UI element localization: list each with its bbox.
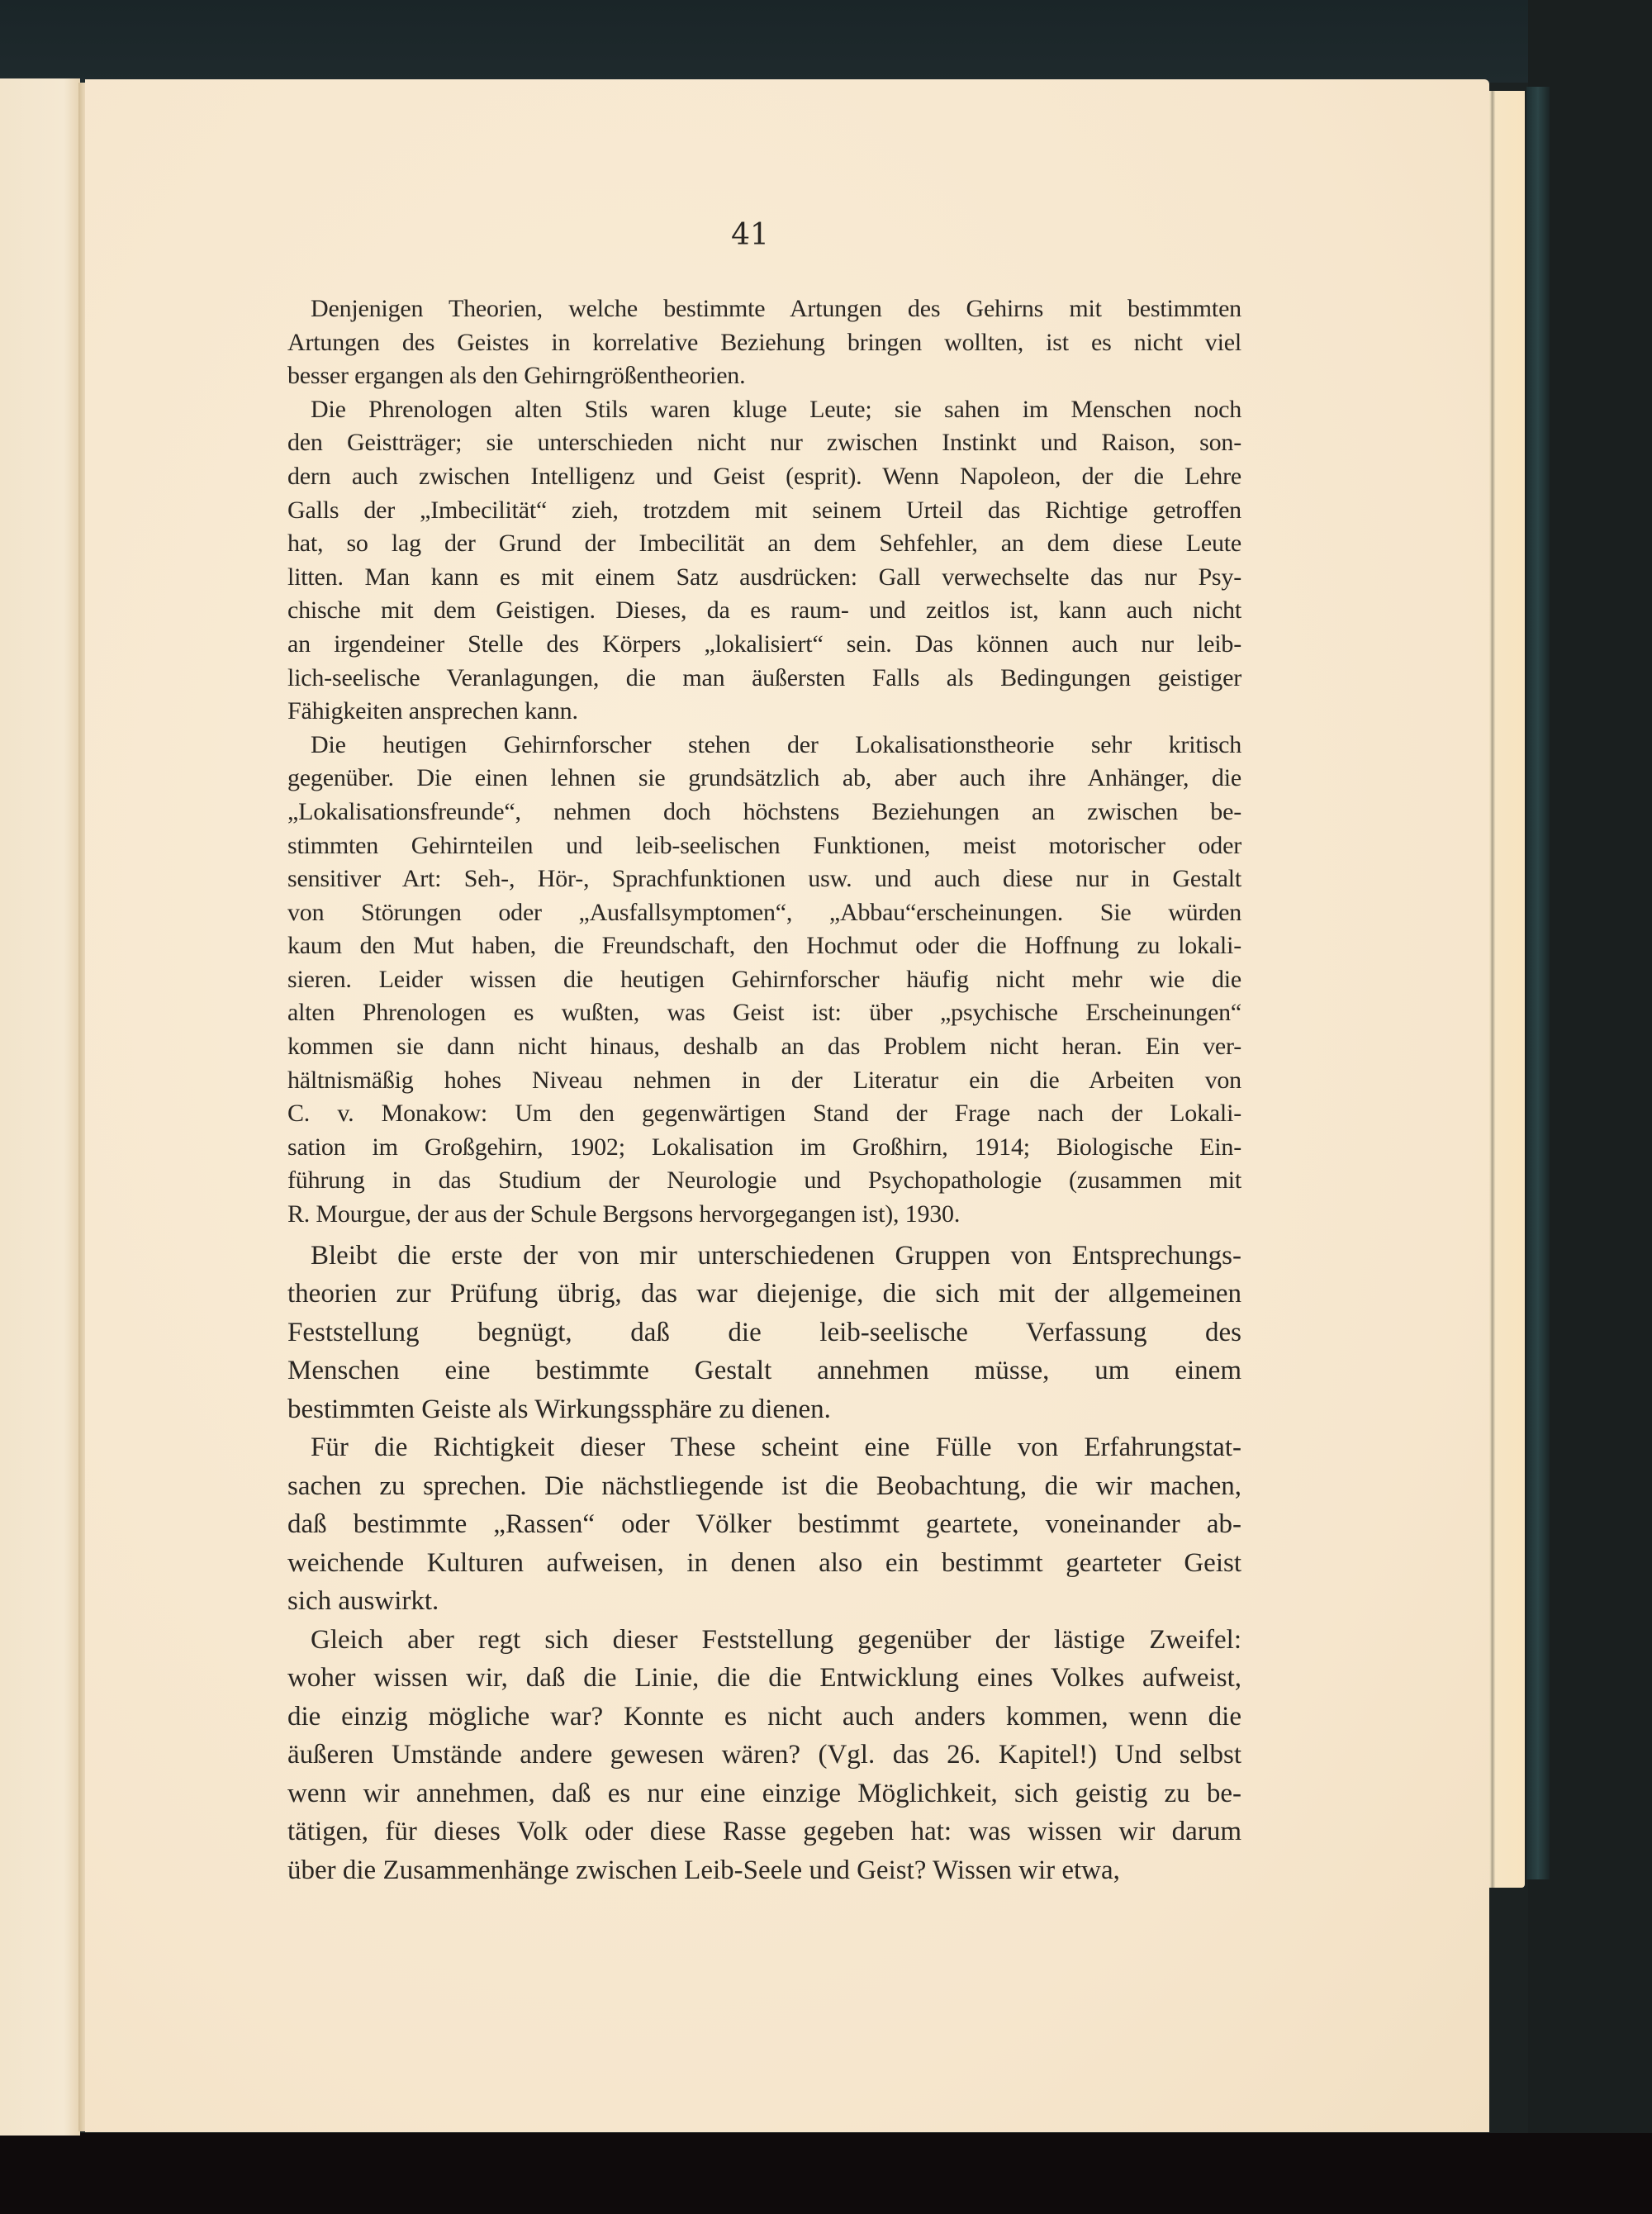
text-line: sachen zu sprechen. Die nächstliegende i…	[264, 1467, 1241, 1506]
text-line: sation im Großgehirn, 1902; Lokalisation…	[264, 1131, 1241, 1165]
text-line: Die Phrenologen alten Stils waren kluge …	[264, 393, 1241, 427]
text-line: kommen sie dann nicht hinaus, deshalb an…	[264, 1030, 1241, 1064]
book-cover-edge	[1526, 87, 1550, 1879]
paragraph: Für die Richtigkeit dieser These scheint…	[264, 1428, 1241, 1621]
text-line: besser ergangen als den Gehirngrößentheo…	[264, 359, 1241, 393]
text-line: Bleibt die erste der von mir unterschied…	[264, 1237, 1241, 1276]
previous-page-edge	[0, 78, 80, 2136]
text-line: Denjenigen Theorien, welche bestimmte Ar…	[264, 292, 1241, 326]
text-line: litten. Man kann es mit einem Satz ausdr…	[264, 561, 1241, 595]
text-line: kaum den Mut haben, die Freundschaft, de…	[264, 929, 1241, 963]
paragraph: Denjenigen Theorien, welche bestimmte Ar…	[264, 292, 1241, 393]
text-line: Menschen eine bestimmte Gestalt annehmen…	[264, 1352, 1241, 1390]
text-line: lich-seelische Veranlagungen, die man äu…	[264, 662, 1241, 696]
text-line: Fähigkeiten ansprechen kann.	[264, 695, 1241, 729]
paragraph: Die heutigen Gehirnforscher stehen der L…	[264, 729, 1241, 1232]
text-line: stimmten Gehirnteilen und leib-seelische…	[264, 829, 1241, 863]
text-line: führung in das Studium der Neurologie un…	[264, 1164, 1241, 1198]
paragraph: Gleich aber regt sich dieser Feststellun…	[264, 1621, 1241, 1890]
text-line: Die heutigen Gehirnforscher stehen der L…	[264, 729, 1241, 763]
text-line: alten Phrenologen es wußten, was Geist i…	[264, 996, 1241, 1030]
text-line: über die Zusammenhänge zwischen Leib-See…	[264, 1851, 1241, 1890]
text-line: hat, so lag der Grund der Imbecilität an…	[264, 527, 1241, 561]
text-line: daß bestimmte „Rassen“ oder Völker besti…	[264, 1505, 1241, 1544]
text-line: von Störungen oder „Ausfallsymptomen“, „…	[264, 896, 1241, 930]
text-line: sensitiver Art: Seh-, Hör-, Sprachfunkti…	[264, 862, 1241, 896]
text-line: weichende Kulturen aufweisen, in denen a…	[264, 1544, 1241, 1583]
text-line: äußeren Umstände andere gewesen wären? (…	[264, 1736, 1241, 1775]
page-stack-edges	[1485, 91, 1525, 1888]
text-line: die einzig mögliche war? Konnte es nicht…	[264, 1698, 1241, 1737]
text-line: tätigen, für dieses Volk oder diese Rass…	[264, 1813, 1241, 1851]
text-line: Gleich aber regt sich dieser Feststellun…	[264, 1621, 1241, 1660]
book-cover-bottom	[0, 2133, 1652, 2214]
text-line: dern auch zwischen Intelligenz und Geist…	[264, 460, 1241, 494]
text-line: an irgendeiner Stelle des Körpers „lokal…	[264, 628, 1241, 662]
text-line: bestimmten Geiste als Wirkungssphäre zu …	[264, 1390, 1241, 1429]
text-line: „Lokalisationsfreunde“, nehmen doch höch…	[264, 796, 1241, 829]
paragraph: Die Phrenologen alten Stils waren kluge …	[264, 393, 1241, 729]
text-line: theorien zur Prüfung übrig, das war diej…	[264, 1275, 1241, 1314]
text-line: Artungen des Geistes in korrelative Bezi…	[264, 326, 1241, 360]
page-number: 41	[725, 218, 775, 252]
text-line: chische mit dem Geistigen. Dieses, da es…	[264, 594, 1241, 628]
text-line: sieren. Leider wissen die heutigen Gehir…	[264, 963, 1241, 997]
text-line: Feststellung begnügt, daß die leib-seeli…	[264, 1314, 1241, 1352]
text-line: woher wissen wir, daß die Linie, die die…	[264, 1659, 1241, 1698]
paragraph: Bleibt die erste der von mir unterschied…	[264, 1237, 1241, 1429]
page-body: Denjenigen Theorien, welche bestimmte Ar…	[264, 292, 1241, 1889]
text-line: Galls der „Imbecilität“ zieh, trotzdem m…	[264, 494, 1241, 528]
text-line: gegenüber. Die einen lehnen sie grundsät…	[264, 762, 1241, 796]
book-cover-top	[0, 0, 1652, 83]
text-line: R. Mourgue, der aus der Schule Bergsons …	[264, 1198, 1241, 1232]
text-line: Für die Richtigkeit dieser These scheint…	[264, 1428, 1241, 1467]
text-line: sich auswirkt.	[264, 1582, 1241, 1621]
text-line: wenn wir annehmen, daß es nur eine einzi…	[264, 1775, 1241, 1813]
text-line: C. v. Monakow: Um den gegenwärtigen Stan…	[264, 1097, 1241, 1131]
text-line: hältnismäßig hohes Niveau nehmen in der …	[264, 1064, 1241, 1098]
text-line: den Geistträger; sie unterschieden nicht…	[264, 426, 1241, 460]
